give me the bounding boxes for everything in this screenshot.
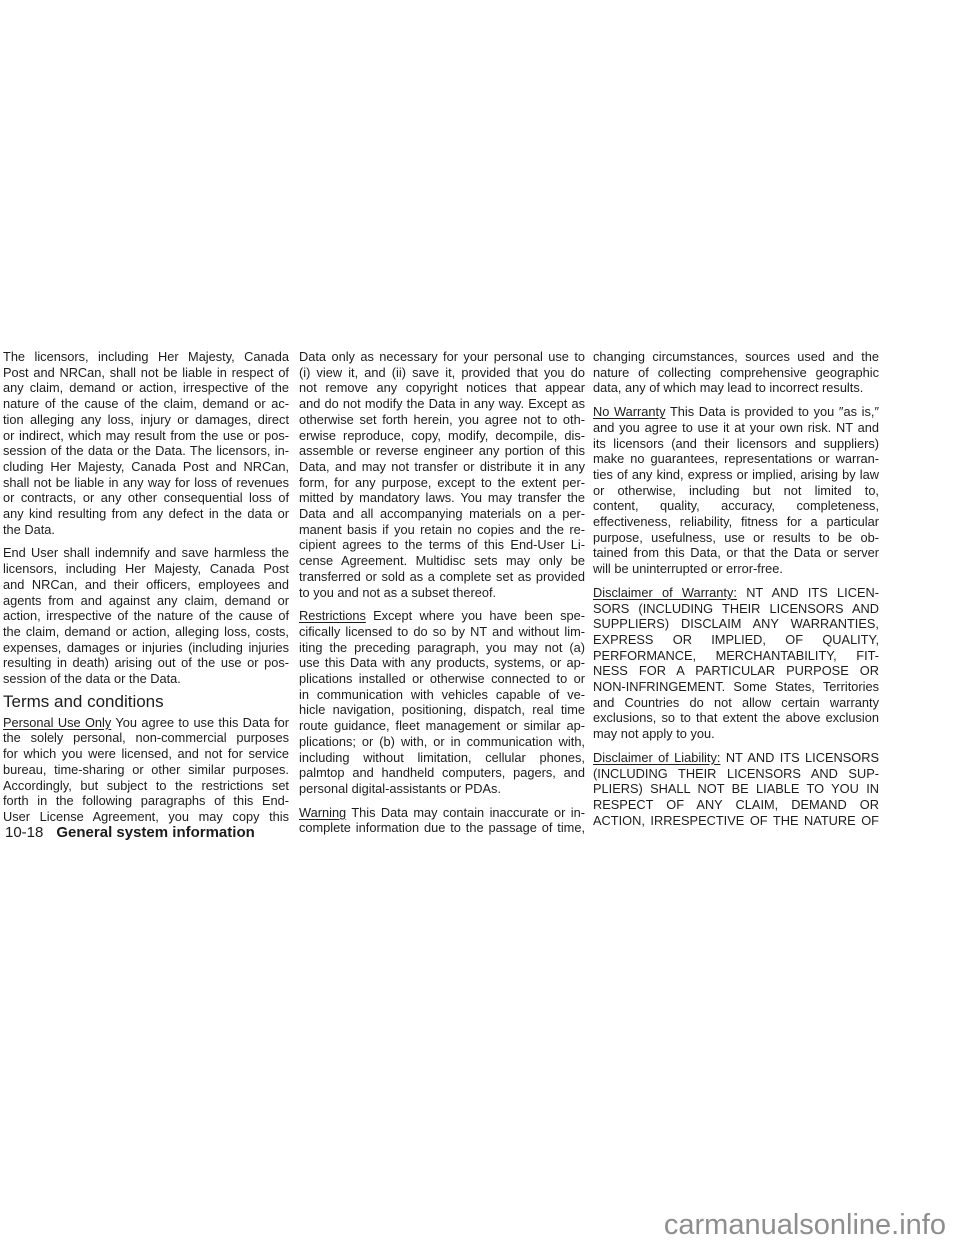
- text-line: Data only as necessary for your personal…: [299, 349, 585, 365]
- text-line: expenses, damages or injuries (including…: [3, 640, 289, 656]
- text-line: The licensors, including Her Majesty, Ca…: [3, 349, 289, 365]
- text-line: Personal Use Only You agree to use this …: [3, 715, 289, 731]
- text-line: not remove any copyright notices that ap…: [299, 380, 585, 396]
- text-line: plications installed or otherwise connec…: [299, 671, 585, 687]
- underlined-lead: Warning: [299, 805, 346, 820]
- text-line: its licensors (and their licensors and s…: [593, 436, 879, 452]
- text-line: cense Agreement. Multidisc sets may only…: [299, 553, 585, 569]
- underlined-lead: Disclaimer of Warranty:: [593, 585, 737, 600]
- text-line: ACTION, IRRESPECTIVE OF THE NATURE OF: [593, 813, 879, 829]
- text-line: otherwise set forth herein, you agree no…: [299, 412, 585, 428]
- text-line: use this Data with any products, systems…: [299, 655, 585, 671]
- text-line: Restrictions Except where you have been …: [299, 608, 585, 624]
- text-line: tained from this Data, or that the Data …: [593, 545, 879, 561]
- text-line: in communication with vehicles capable o…: [299, 687, 585, 703]
- text-line: complete information due to the passage …: [299, 820, 585, 836]
- text-line: PLIERS) SHALL NOT BE LIABLE TO YOU IN: [593, 781, 879, 797]
- text-line: NESS FOR A PARTICULAR PURPOSE OR: [593, 663, 879, 679]
- text-line: personal digital-assistants or PDAs.: [299, 781, 585, 797]
- page-number: 10-18: [5, 824, 43, 841]
- text-line: session of the data or the Data. The lic…: [3, 443, 289, 459]
- text-column-3: changing circumstances, sources used and…: [593, 349, 879, 828]
- text-line: exclusions, so to that extent the above …: [593, 710, 879, 726]
- text-line: effectiveness, reliability, fitness for …: [593, 514, 879, 530]
- text-line: tion alleging any loss, injury or damage…: [3, 412, 289, 428]
- text-line: or otherwise, including but not limited …: [593, 483, 879, 499]
- text-line: agents from and against any claim, deman…: [3, 593, 289, 609]
- text-line: including without limitation, cellular p…: [299, 750, 585, 766]
- text-line: any claim, demand or action, irrespectiv…: [3, 380, 289, 396]
- text-line: Data and all accompanying materials on a…: [299, 506, 585, 522]
- text-line: nature of collecting comprehensive geogr…: [593, 365, 879, 381]
- text-line: the Data.: [3, 522, 289, 538]
- text-column-1: The licensors, including Her Majesty, Ca…: [3, 349, 289, 825]
- page-footer: 10-18General system information: [5, 824, 255, 841]
- paragraph: Disclaimer of Warranty: NT AND ITS LICEN…: [593, 585, 879, 742]
- text-line: Accordingly, but subject to the restrict…: [3, 778, 289, 794]
- text-line: RESPECT OF ANY CLAIM, DEMAND OR: [593, 797, 879, 813]
- text-line: Data, and may not transfer or distribute…: [299, 459, 585, 475]
- text-line: resulting in death) arising out of the u…: [3, 655, 289, 671]
- paragraph: End User shall indemnify and save harmle…: [3, 545, 289, 686]
- text-line: data, any of which may lead to incorrect…: [593, 380, 879, 396]
- text-line: the claim, demand or action, alleging lo…: [3, 624, 289, 640]
- text-line: form, for any purpose, except to the ext…: [299, 475, 585, 491]
- text-line: (i) view it, and (ii) save it, provided …: [299, 365, 585, 381]
- text-line: and you agree to use it at your own risk…: [593, 420, 879, 436]
- paragraph: Warning This Data may contain inaccurate…: [299, 805, 585, 836]
- text-line: transferred or sold as a complete set as…: [299, 569, 585, 585]
- text-column-2: Data only as necessary for your personal…: [299, 349, 585, 836]
- text-line: purpose, usefulness, use or results to b…: [593, 530, 879, 546]
- underlined-lead: Disclaimer of Liability:: [593, 750, 720, 765]
- text-line: plications; or (b) with, or in communica…: [299, 734, 585, 750]
- text-line: PERFORMANCE, MERCHANTABILITY, FIT-: [593, 648, 879, 664]
- text-line: bureau, time-sharing or other similar pu…: [3, 762, 289, 778]
- text-line: make no guarantees, representations or w…: [593, 451, 879, 467]
- paragraph: changing circumstances, sources used and…: [593, 349, 879, 396]
- watermark: carmanualsonline.info: [664, 1210, 946, 1240]
- text-line: End User shall indemnify and save harmle…: [3, 545, 289, 561]
- text-line: to you and not as a subset thereof.: [299, 585, 585, 601]
- text-line: ties of any kind, express or implied, ar…: [593, 467, 879, 483]
- text-line: palmtop and handheld computers, pagers, …: [299, 765, 585, 781]
- text-line: content, quality, accuracy, completeness…: [593, 498, 879, 514]
- text-line: action, irrespective of the nature of th…: [3, 608, 289, 624]
- text-line: any kind resulting from any defect in th…: [3, 506, 289, 522]
- text-line: and do not modify the Data in any way. E…: [299, 396, 585, 412]
- text-line: cifically licensed to do so by NT and wi…: [299, 624, 585, 640]
- text-line: erwise reproduce, copy, modify, decompil…: [299, 428, 585, 444]
- text-line: session of the data or the Data.: [3, 671, 289, 687]
- text-line: may not apply to you.: [593, 726, 879, 742]
- text-line: hicle navigation, positioning, dispatch,…: [299, 702, 585, 718]
- text-line: cipient agrees to the terms of this End-…: [299, 537, 585, 553]
- text-line: and Countries do not allow certain warra…: [593, 695, 879, 711]
- text-line: SUPPLIERS) DISCLAIM ANY WARRANTIES,: [593, 616, 879, 632]
- text-line: for which you were licensed, and not for…: [3, 746, 289, 762]
- text-line: NON-INFRINGEMENT. Some States, Territori…: [593, 679, 879, 695]
- text-line: Post and NRCan, shall not be liable in r…: [3, 365, 289, 381]
- text-line: the solely personal, non-commercial purp…: [3, 730, 289, 746]
- text-line: nature of the cause of the claim, demand…: [3, 396, 289, 412]
- text-line: No Warranty This Data is provided to you…: [593, 404, 879, 420]
- paragraph: The licensors, including Her Majesty, Ca…: [3, 349, 289, 537]
- text-line: mitted by mandatory laws. You may transf…: [299, 490, 585, 506]
- underlined-lead: No Warranty: [593, 404, 665, 419]
- text-line: changing circumstances, sources used and…: [593, 349, 879, 365]
- text-line: (INCLUDING THEIR LICENSORS AND SUP-: [593, 766, 879, 782]
- text-line: or indirect, which may result from the u…: [3, 428, 289, 444]
- text-line: will be uninterrupted or error-free.: [593, 561, 879, 577]
- text-line: SORS (INCLUDING THEIR LICENSORS AND: [593, 601, 879, 617]
- document-page: The licensors, including Her Majesty, Ca…: [0, 0, 960, 1242]
- text-line: manent basis if you retain no copies and…: [299, 522, 585, 538]
- paragraph: Disclaimer of Liability: NT AND ITS LICE…: [593, 750, 879, 829]
- paragraph: Restrictions Except where you have been …: [299, 608, 585, 796]
- text-line: licensors, including Her Majesty, Canada…: [3, 561, 289, 577]
- paragraph: Personal Use Only You agree to use this …: [3, 715, 289, 825]
- underlined-lead: Restrictions: [299, 608, 366, 623]
- text-line: shall not be liable in any way for loss …: [3, 475, 289, 491]
- text-line: cluding Her Majesty, Canada Post and NRC…: [3, 459, 289, 475]
- paragraph: Data only as necessary for your personal…: [299, 349, 585, 600]
- text-line: User License Agreement, you may copy thi…: [3, 809, 289, 825]
- text-line: forth in the following paragraphs of thi…: [3, 793, 289, 809]
- text-line: or contracts, or any other consequential…: [3, 490, 289, 506]
- text-line: assemble or reverse engineer any portion…: [299, 443, 585, 459]
- section-heading: Terms and conditions: [3, 692, 289, 711]
- footer-section-title: General system information: [56, 824, 254, 841]
- text-line: and NRCan, and their officers, employees…: [3, 577, 289, 593]
- paragraph: No Warranty This Data is provided to you…: [593, 404, 879, 577]
- text-line: Warning This Data may contain inaccurate…: [299, 805, 585, 821]
- text-line: iting the preceding paragraph, you may n…: [299, 640, 585, 656]
- text-line: EXPRESS OR IMPLIED, OF QUALITY,: [593, 632, 879, 648]
- text-line: route guidance, fleet management or simi…: [299, 718, 585, 734]
- text-line: Disclaimer of Liability: NT AND ITS LICE…: [593, 750, 879, 766]
- text-line: Disclaimer of Warranty: NT AND ITS LICEN…: [593, 585, 879, 601]
- underlined-lead: Personal Use Only: [3, 715, 111, 730]
